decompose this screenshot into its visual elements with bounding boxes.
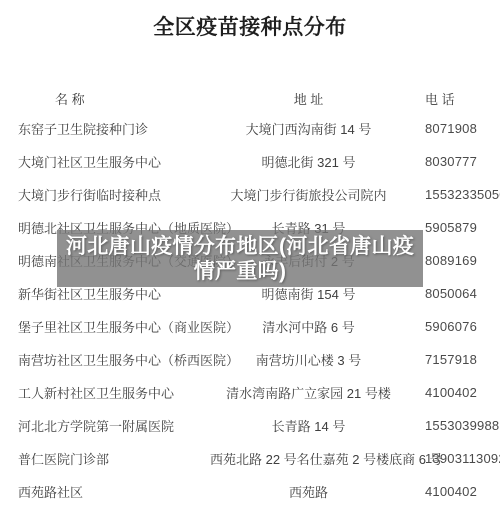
site-phone: 15530399881: [407, 418, 500, 433]
site-phone: 5906076: [407, 319, 494, 334]
table-row: 工人新村社区卫生服务中心 清水湾南路广立家园 21 号楼 4100402: [18, 376, 494, 409]
site-name: 堡子里社区卫生服务中心（商业医院）: [18, 317, 210, 336]
site-address: 大境门步行街旅投公司院内: [210, 185, 407, 204]
site-address: 清水湾南路广立家园 21 号楼: [210, 383, 407, 402]
site-phone: 4100402: [407, 385, 494, 400]
vaccination-sites-table: 名 称 地 址 电 话 东窑子卫生院接种门诊 大境门西沟南街 14 号 8071…: [18, 84, 494, 508]
document-page: 全区疫苗接种点分布 名 称 地 址 电 话 东窑子卫生院接种门诊 大境门西沟南街…: [0, 0, 500, 518]
site-address: 明德北街 321 号: [210, 152, 407, 171]
site-name: 大境门社区卫生服务中心: [18, 152, 210, 171]
site-phone: 8050064: [407, 286, 494, 301]
watermark-text-line-1: 河北唐山疫情分布地区(河北省唐山疫: [57, 234, 423, 259]
table-row: 东窑子卫生院接种门诊 大境门西沟南街 14 号 8071908: [18, 112, 494, 145]
watermark-text-line-2: 情严重吗): [57, 259, 423, 284]
site-phone: 8030777: [407, 154, 494, 169]
table-row: 西苑路社区 西苑路 4100402: [18, 475, 494, 508]
site-phone: 15532335050: [407, 187, 500, 202]
site-name: 普仁医院门诊部: [18, 449, 210, 468]
site-phone: 4100402: [407, 484, 494, 499]
site-phone: 8071908: [407, 121, 494, 136]
column-header-name: 名 称: [18, 89, 210, 108]
table-row: 堡子里社区卫生服务中心（商业医院） 清水河中路 6 号 5906076: [18, 310, 494, 343]
site-address: 大境门西沟南街 14 号: [210, 119, 407, 138]
site-name: 工人新村社区卫生服务中心: [18, 383, 210, 402]
site-phone: 13903113092: [407, 451, 500, 466]
column-header-address: 地 址: [210, 89, 407, 108]
site-name: 西苑路社区: [18, 482, 210, 501]
site-name: 大境门步行街临时接种点: [18, 185, 210, 204]
table-header-row: 名 称 地 址 电 话: [18, 84, 494, 112]
site-name: 河北北方学院第一附属医院: [18, 416, 210, 435]
page-title: 全区疫苗接种点分布: [0, 11, 500, 41]
site-address: 南营坊川心楼 3 号: [210, 350, 407, 369]
site-address: 西苑路: [210, 482, 407, 501]
table-row: 大境门社区卫生服务中心 明德北街 321 号 8030777: [18, 145, 494, 178]
table-row: 南营坊社区卫生服务中心（桥西医院） 南营坊川心楼 3 号 7157918: [18, 343, 494, 376]
site-address: 清水河中路 6 号: [210, 317, 407, 336]
table-row: 大境门步行街临时接种点 大境门步行街旅投公司院内 15532335050: [18, 178, 494, 211]
site-address: 西苑北路 22 号名仕嘉苑 2 号楼底商 6 号: [210, 449, 407, 468]
site-name: 南营坊社区卫生服务中心（桥西医院）: [18, 350, 210, 369]
table-row: 河北北方学院第一附属医院 长青路 14 号 15530399881: [18, 409, 494, 442]
site-address: 长青路 14 号: [210, 416, 407, 435]
site-phone: 7157918: [407, 352, 494, 367]
watermark-overlay: 河北唐山疫情分布地区(河北省唐山疫 情严重吗): [57, 230, 423, 287]
site-name: 东窑子卫生院接种门诊: [18, 119, 210, 138]
column-header-phone: 电 话: [407, 89, 494, 108]
table-row: 普仁医院门诊部 西苑北路 22 号名仕嘉苑 2 号楼底商 6 号 1390311…: [18, 442, 494, 475]
